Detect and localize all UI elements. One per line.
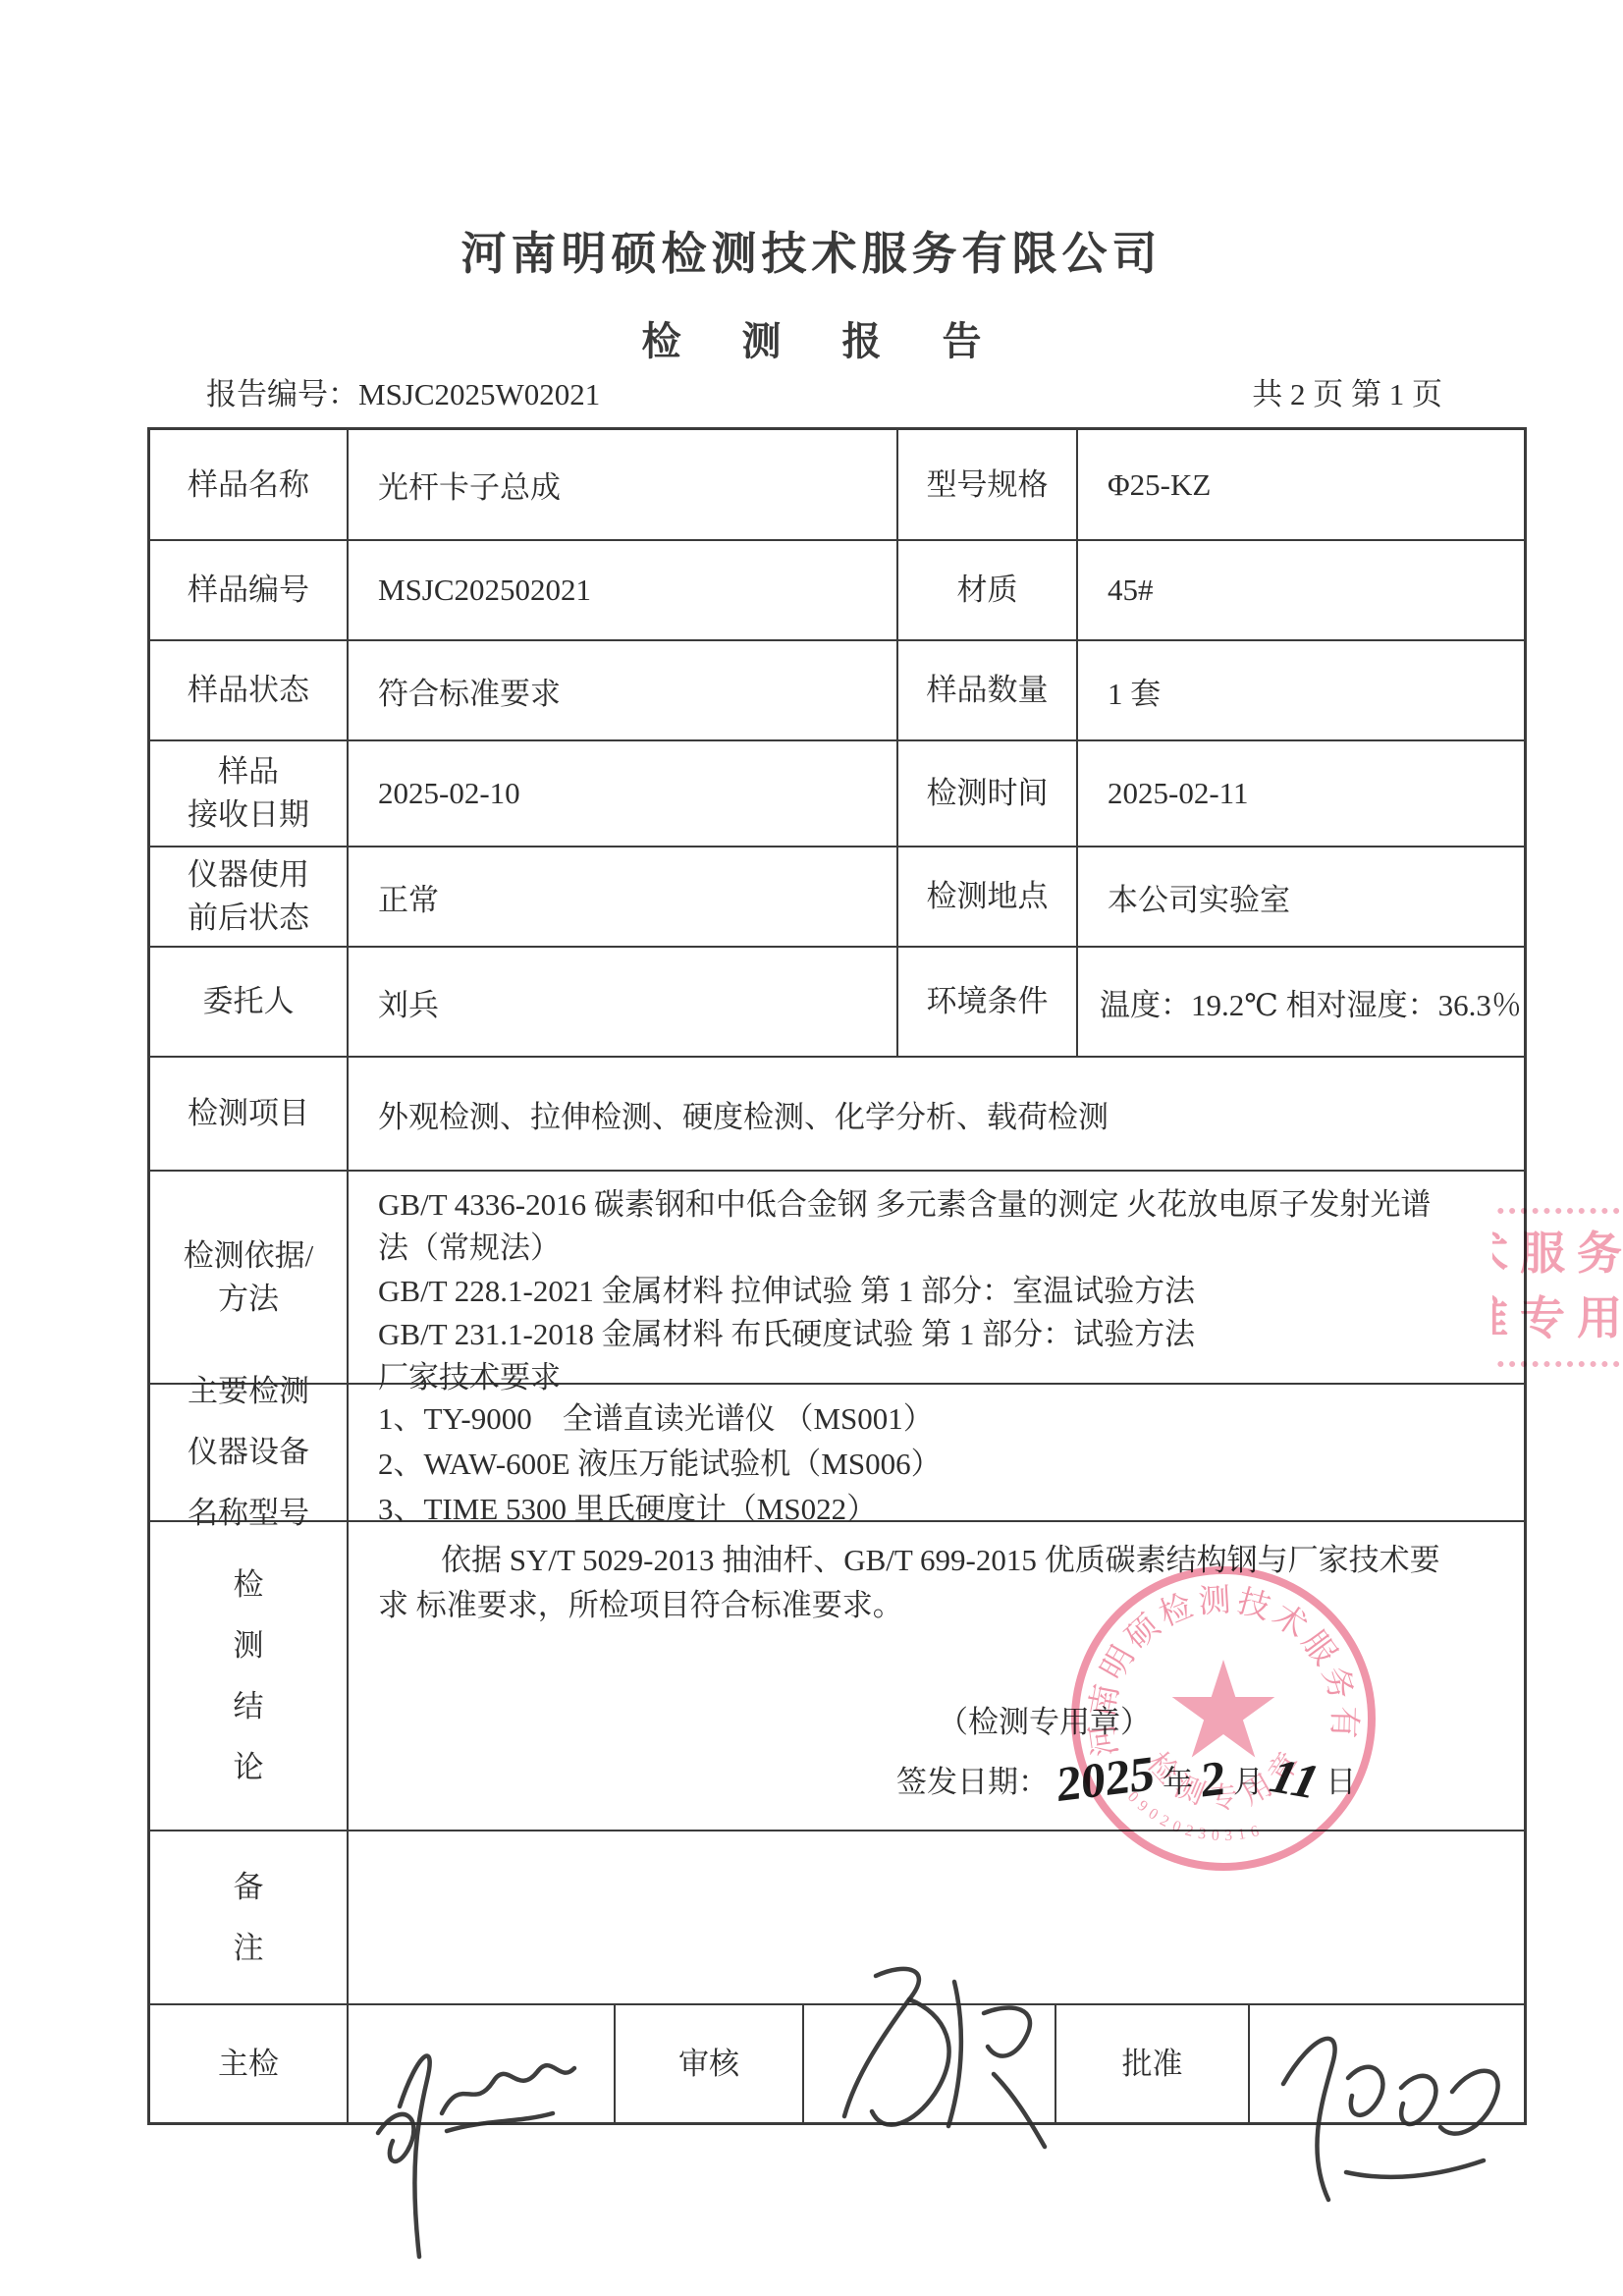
environment-value: 温度：19.2℃ 相对湿度：36.3％ [1078,948,1524,1056]
table-row-sample-state: 样品状态 符合标准要求 样品数量 1 套 [150,639,1524,739]
report-table: 样品名称 光杆卡子总成 型号规格 Φ25-KZ 样品编号 MSJC2025020… [147,427,1527,2125]
table-row-client: 委托人 刘兵 环境条件 温度：19.2℃ 相对湿度：36.3％ [150,946,1524,1056]
sample-no-value: MSJC202502021 [349,541,898,639]
model-spec-label: 型号规格 [898,430,1078,539]
sample-qty-value: 1 套 [1078,641,1524,739]
table-row-conclusion: 检 测 结 论 依据 SY/T 5029-2013 抽油杆、GB/T 699-2… [150,1520,1524,1830]
issue-day-unit: 日 [1325,1757,1356,1801]
issue-day-handwritten: 11 [1262,1751,1327,1805]
report-title: 检 测 报 告 [0,310,1623,366]
sample-state-value: 符合标准要求 [349,641,898,739]
sample-qty-label: 样品数量 [898,641,1078,739]
issue-date-label: 签发日期： [896,1757,1049,1801]
test-place-value: 本公司实验室 [1078,847,1524,946]
approver-label: 批准 [1056,2005,1250,2122]
instrument-state-label: 仪器使用 前后状态 [150,847,349,946]
table-row-signatures: 主检 审核 批准 [150,2003,1524,2122]
model-spec-value: Φ25-KZ [1078,430,1524,539]
receive-date-value: 2025-02-10 [349,741,898,846]
company-name: 河南明硕检测技术服务有限公司 [0,218,1623,283]
sample-name-value: 光杆卡子总成 [349,430,898,539]
test-basis-value: GB/T 4336-2016 碳素钢和中低合金钢 多元素含量的测定 火花放电原子… [349,1172,1524,1383]
reviewer-label: 审核 [616,2005,804,2122]
report-page: 河南明硕检测技术服务有限公司 检 测 报 告 报告编号：MSJC2025W020… [0,0,1623,2296]
environment-label: 环境条件 [898,948,1078,1056]
table-row-receive-date: 样品 接收日期 2025-02-10 检测时间 2025-02-11 [150,739,1524,846]
instruments-value: 1、TY-9000 全谱直读光谱仪 （MS001） 2、WAW-600E 液压万… [349,1385,1524,1520]
remark-value [349,1831,1524,2003]
test-items-label: 检测项目 [150,1058,349,1170]
issue-year-unit: 年 [1163,1757,1193,1801]
test-items-value: 外观检测、拉伸检测、硬度检测、化学分析、载荷检测 [349,1058,1524,1170]
client-label: 委托人 [150,948,349,1056]
material-value: 45# [1078,541,1524,639]
chief-inspector-label: 主检 [150,2005,349,2122]
approver-signature-cell [1250,2005,1524,2122]
instruments-label: 主要检测 仪器设备 名称型号 [150,1385,349,1520]
reviewer-signature-cell [804,2005,1056,2122]
table-row-sample-name: 样品名称 光杆卡子总成 型号规格 Φ25-KZ [150,430,1524,539]
table-row-test-basis: 检测依据/ 方法 GB/T 4336-2016 碳素钢和中低合金钢 多元素含量的… [150,1170,1524,1383]
table-row-test-items: 检测项目 外观检测、拉伸检测、硬度检测、化学分析、载荷检测 [150,1056,1524,1170]
seal-note: （检测专用章） [938,1697,1151,1741]
report-number-label: 报告编号： [206,377,358,411]
issue-month-handwritten: 2 [1201,1752,1226,1805]
test-place-label: 检测地点 [898,847,1078,946]
chief-inspector-signature-cell [349,2005,616,2122]
report-number-line: 报告编号：MSJC2025W02021 [147,369,600,413]
report-meta: 报告编号：MSJC2025W02021 共 2 页 第 1 页 [147,369,1527,413]
test-time-label: 检测时间 [898,741,1078,846]
sample-state-label: 样品状态 [150,641,349,739]
receive-date-label: 样品 接收日期 [150,741,349,846]
table-row-instrument-state: 仪器使用 前后状态 正常 检测地点 本公司实验室 [150,846,1524,946]
sample-no-label: 样品编号 [150,541,349,639]
conclusion-label: 检 测 结 论 [150,1522,349,1830]
client-value: 刘兵 [349,948,898,1056]
instrument-state-value: 正常 [349,847,898,946]
table-row-remark: 备 注 [150,1830,1524,2003]
table-row-sample-no: 样品编号 MSJC202502021 材质 45# [150,539,1524,639]
report-number-value: MSJC2025W02021 [358,377,600,411]
table-row-instruments: 主要检测 仪器设备 名称型号 1、TY-9000 全谱直读光谱仪 （MS001）… [150,1383,1524,1520]
issue-month-unit: 月 [1233,1757,1264,1801]
sample-name-label: 样品名称 [150,430,349,539]
issue-year-handwritten: 2025 [1056,1748,1155,1810]
conclusion-cell: 依据 SY/T 5029-2013 抽油杆、GB/T 699-2015 优质碳素… [349,1522,1524,1830]
issue-date-line: 签发日期： 2025 年 2 月 11 日 [896,1754,1356,1803]
test-basis-label: 检测依据/ 方法 [150,1172,349,1383]
material-label: 材质 [898,541,1078,639]
conclusion-text: 依据 SY/T 5029-2013 抽油杆、GB/T 699-2015 优质碳素… [349,1538,1524,1628]
test-time-value: 2025-02-11 [1078,741,1524,846]
remark-label: 备 注 [150,1831,349,2003]
page-indicator: 共 2 页 第 1 页 [1252,369,1527,413]
